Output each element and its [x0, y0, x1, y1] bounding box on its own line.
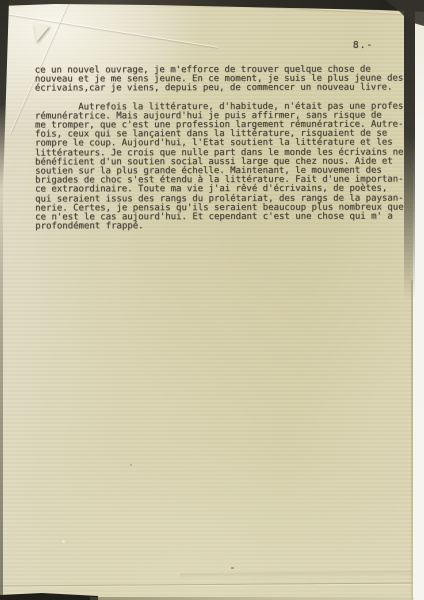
paper-edge-left [0, 150, 3, 600]
paragraph: Autrefois la littérature, d'habitude, n'… [35, 102, 424, 232]
page-number: 8.- [353, 40, 373, 51]
dust-speck [130, 464, 132, 466]
paper-edge-right [411, 280, 413, 600]
dust-speck [231, 567, 234, 569]
dust-speck [62, 540, 65, 543]
torn-notch [31, 23, 50, 43]
typewritten-text: ce un nouvel ouvrage, je m'efforce de tr… [35, 65, 424, 231]
scan-edge-right [404, 0, 415, 300]
scanned-document-page: 8.- ce un nouvel ouvrage, je m'efforce d… [0, 0, 424, 600]
paragraph: ce un nouvel ouvrage, je m'efforce de tr… [35, 65, 424, 94]
